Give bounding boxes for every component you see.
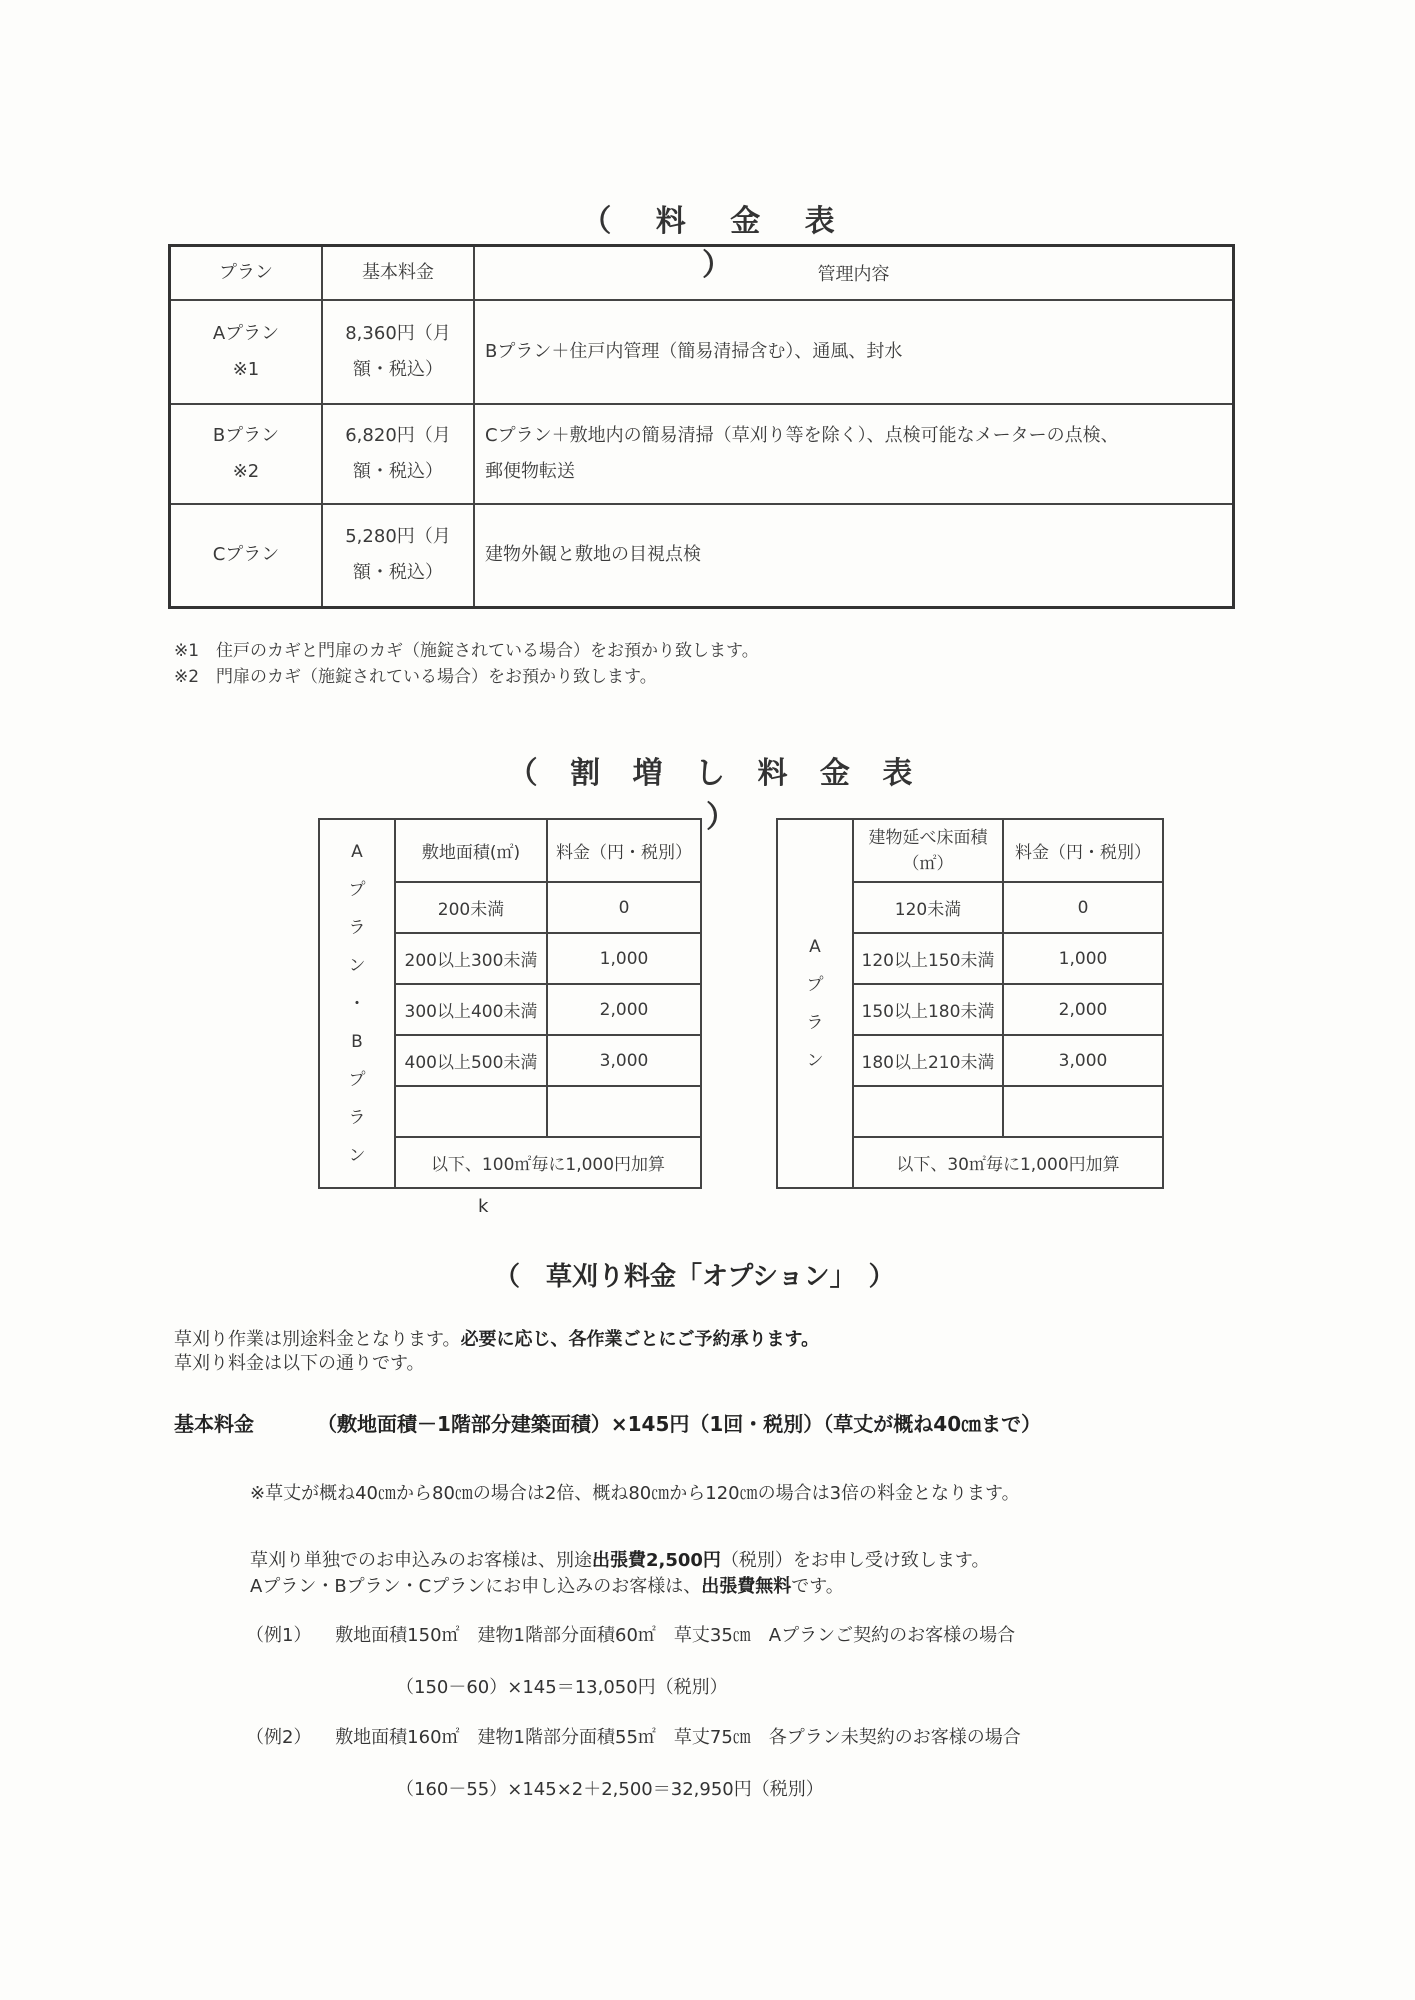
fee-line: 額・税込） — [324, 454, 472, 490]
plan-name: Cプラン — [172, 537, 320, 573]
plan-cell: Bプラン※2 — [170, 404, 323, 504]
travel-line-2: Aプラン・Bプラン・Cプランにお申し込みのお客様は、出張費無料です。 — [250, 1574, 990, 1600]
plan-cell: Cプラン — [170, 504, 323, 608]
title-char: 金 — [820, 748, 850, 792]
range-cell — [853, 1086, 1003, 1137]
title-char: 表 — [882, 748, 912, 792]
fee-cell: 3,000 — [1003, 1035, 1163, 1086]
intro-text: 草刈り作業は別途料金となります。 — [174, 1329, 461, 1350]
fee-notes: ※1 住戸のカギと門扉のカギ（施錠されている場合）をお預かり致します。 ※2 門… — [174, 638, 759, 690]
fee-line: 額・税込） — [324, 352, 472, 388]
site-area-surcharge-table: A プ ラ ン ・ B プ ラ ン 敷地面積(㎡) 料金（円・税別） 200未満… — [318, 818, 702, 1189]
content-line: 建物外観と敷地の目視点検 — [485, 537, 1231, 573]
fee-line: 5,280円（月 — [324, 519, 472, 555]
example-1: （例1） 敷地面積150㎡ 建物1階部分面積60㎡ 草丈35㎝ Aプランご契約の… — [246, 1624, 1015, 1648]
title-char: 料 — [656, 196, 690, 240]
plan-label-char: ラ — [779, 1004, 851, 1042]
example-label: （例1） — [246, 1625, 311, 1646]
content-line: 郵便物転送 — [485, 454, 1231, 490]
title-char: 割 — [570, 748, 600, 792]
example-desc: 敷地面積160㎡ 建物1階部分面積55㎡ 草丈75㎝ 各プラン未契約のお客様の場… — [335, 1727, 1021, 1748]
increment-note: 以下、30㎡毎に1,000円加算 — [853, 1137, 1163, 1188]
plan-label-char: プ — [321, 871, 393, 909]
fee-line: 6,820円（月 — [324, 418, 472, 454]
travel-text: （税別）をお申し受け致します。 — [721, 1550, 990, 1571]
fee-line: 額・税込） — [324, 555, 472, 591]
base-fee-formula: （敷地面積－1階部分建築面積）×145円（1回・税別）（草丈が概ね40㎝まで） — [317, 1412, 1041, 1436]
header-floor-area: 建物延べ床面積 （㎡） — [853, 819, 1003, 882]
plan-label-char: A — [779, 928, 851, 966]
floor-area-surcharge-table: A プ ラ ン 建物延べ床面積 （㎡） 料金（円・税別） 120未満0 120以… — [776, 818, 1164, 1189]
range-cell: 200以上300未満 — [395, 933, 547, 984]
travel-fee: 草刈り単独でのお申込みのお客様は、別途出張費2,500円（税別）をお申し受け致し… — [250, 1548, 990, 1600]
mowing-title: （ 草刈り料金「オプション」 ） — [494, 1256, 895, 1293]
title-char: ） — [706, 792, 736, 836]
range-cell: 300以上400未満 — [395, 984, 547, 1035]
plan-cell: Aプラン※1 — [170, 300, 323, 404]
plan-label-vertical: A プ ラ ン ・ B プ ラ ン — [319, 819, 395, 1188]
title-char: 増 — [633, 748, 663, 792]
base-fee-line: 基本料金 （敷地面積－1階部分建築面積）×145円（1回・税別）（草丈が概ね40… — [174, 1408, 1041, 1437]
fee-table-header-row: プラン 基本料金 管理内容 — [170, 246, 1234, 300]
header-fee: 料金（円・税別） — [547, 819, 701, 882]
fee-cell — [1003, 1086, 1163, 1137]
title-char: （ — [581, 196, 615, 240]
fee-cell: 1,000 — [1003, 933, 1163, 984]
stray-mark: k — [478, 1196, 488, 1217]
fee-line: 8,360円（月 — [324, 316, 472, 352]
fee-table: プラン 基本料金 管理内容 Aプラン※1 8,360円（月額・税込） Bプラン＋… — [168, 244, 1235, 609]
header-plan: プラン — [170, 246, 323, 300]
travel-emphasis: 出張費2,500円 — [592, 1550, 721, 1571]
title-char: （ — [508, 748, 538, 792]
fee-cell: 0 — [547, 882, 701, 933]
travel-text: Aプラン・Bプラン・Cプランにお申し込みのお客様は、 — [250, 1576, 701, 1597]
table-row: Bプラン※2 6,820円（月額・税込） Cプラン＋敷地内の簡易清掃（草刈り等を… — [170, 404, 1234, 504]
table-row: Aプラン※1 8,360円（月額・税込） Bプラン＋住戸内管理（簡易清掃含む）、… — [170, 300, 1234, 404]
fee-cell: 8,360円（月額・税込） — [322, 300, 474, 404]
height-note: ※草丈が概ね40㎝から80㎝の場合は2倍、概ね80㎝から120㎝の場合は3倍の料… — [250, 1482, 1020, 1506]
intro-line-2: 草刈り料金は以下の通りです。 — [174, 1352, 819, 1376]
plan-mark: ※1 — [172, 352, 320, 388]
plan-name: Bプラン — [172, 418, 320, 454]
plan-label-vertical: A プ ラ ン — [777, 819, 853, 1188]
content-cell: Cプラン＋敷地内の簡易清掃（草刈り等を除く）、点検可能なメーターの点検、郵便物転… — [474, 404, 1234, 504]
note-1: ※1 住戸のカギと門扉のカギ（施錠されている場合）をお預かり致します。 — [174, 638, 759, 664]
plan-label-char: プ — [779, 966, 851, 1004]
plan-label-char: ン — [321, 947, 393, 985]
example-1-calc: （150－60）×145＝13,050円（税別） — [396, 1676, 728, 1700]
travel-text: 草刈り単独でのお申込みのお客様は、別途 — [250, 1550, 592, 1571]
title-char: 金 — [730, 196, 764, 240]
header-base-fee: 基本料金 — [322, 246, 474, 300]
fee-cell: 2,000 — [547, 984, 701, 1035]
range-cell: 200未満 — [395, 882, 547, 933]
range-cell: 150以上180未満 — [853, 984, 1003, 1035]
header-fee: 料金（円・税別） — [1003, 819, 1163, 882]
plan-name: Aプラン — [172, 316, 320, 352]
header-line: （㎡） — [855, 851, 1001, 877]
increment-note: 以下、100㎡毎に1,000円加算 — [395, 1137, 701, 1188]
title-char: 料 — [757, 748, 787, 792]
range-cell — [395, 1086, 547, 1137]
base-fee-label: 基本料金 — [174, 1412, 254, 1436]
plan-label-char: A — [321, 833, 393, 871]
content-line: Bプラン＋住戸内管理（簡易清掃含む）、通風、封水 — [485, 334, 1231, 370]
plan-label-char: ラ — [321, 909, 393, 947]
fee-cell: 2,000 — [1003, 984, 1163, 1035]
header-line: 建物延べ床面積 — [855, 825, 1001, 851]
note-2: ※2 門扉のカギ（施錠されている場合）をお預かり致します。 — [174, 664, 759, 690]
fee-cell: 6,820円（月額・税込） — [322, 404, 474, 504]
example-2-calc: （160－55）×145×2＋2,500＝32,950円（税別） — [396, 1778, 824, 1802]
range-cell: 400以上500未満 — [395, 1035, 547, 1086]
plan-label-char: ・ — [321, 985, 393, 1023]
table-row: Cプラン 5,280円（月額・税込） 建物外観と敷地の目視点検 — [170, 504, 1234, 608]
content-cell: 建物外観と敷地の目視点検 — [474, 504, 1234, 608]
intro-line-1: 草刈り作業は別途料金となります。必要に応じ、各作業ごとにご予約承ります。 — [174, 1328, 819, 1352]
content-cell: Bプラン＋住戸内管理（簡易清掃含む）、通風、封水 — [474, 300, 1234, 404]
travel-emphasis: 出張費無料 — [701, 1576, 791, 1597]
header-management-content: 管理内容 — [474, 246, 1234, 300]
title-char: 表 — [805, 196, 839, 240]
travel-text: です。 — [791, 1576, 844, 1597]
plan-label-char: ン — [321, 1137, 393, 1175]
fee-cell — [547, 1086, 701, 1137]
plan-label-char: ラ — [321, 1099, 393, 1137]
range-cell: 180以上210未満 — [853, 1035, 1003, 1086]
range-cell: 120以上150未満 — [853, 933, 1003, 984]
header-site-area: 敷地面積(㎡) — [395, 819, 547, 882]
mowing-intro: 草刈り作業は別途料金となります。必要に応じ、各作業ごとにご予約承ります。 草刈り… — [174, 1328, 819, 1376]
title-char: し — [695, 748, 725, 792]
example-desc: 敷地面積150㎡ 建物1階部分面積60㎡ 草丈35㎝ Aプランご契約のお客様の場… — [335, 1625, 1015, 1646]
example-label: （例2） — [246, 1727, 311, 1748]
intro-emphasis: 必要に応じ、各作業ごとにご予約承ります。 — [461, 1329, 820, 1350]
fee-cell: 3,000 — [547, 1035, 701, 1086]
example-2: （例2） 敷地面積160㎡ 建物1階部分面積55㎡ 草丈75㎝ 各プラン未契約の… — [246, 1726, 1021, 1750]
plan-label-char: プ — [321, 1061, 393, 1099]
plan-label-char: ン — [779, 1042, 851, 1080]
fee-cell: 5,280円（月額・税込） — [322, 504, 474, 608]
content-line: Cプラン＋敷地内の簡易清掃（草刈り等を除く）、点検可能なメーターの点検、 — [485, 418, 1231, 454]
range-cell: 120未満 — [853, 882, 1003, 933]
fee-cell: 0 — [1003, 882, 1163, 933]
plan-label-char: B — [321, 1023, 393, 1061]
plan-mark: ※2 — [172, 454, 320, 490]
fee-cell: 1,000 — [547, 933, 701, 984]
travel-line-1: 草刈り単独でのお申込みのお客様は、別途出張費2,500円（税別）をお申し受け致し… — [250, 1548, 990, 1574]
